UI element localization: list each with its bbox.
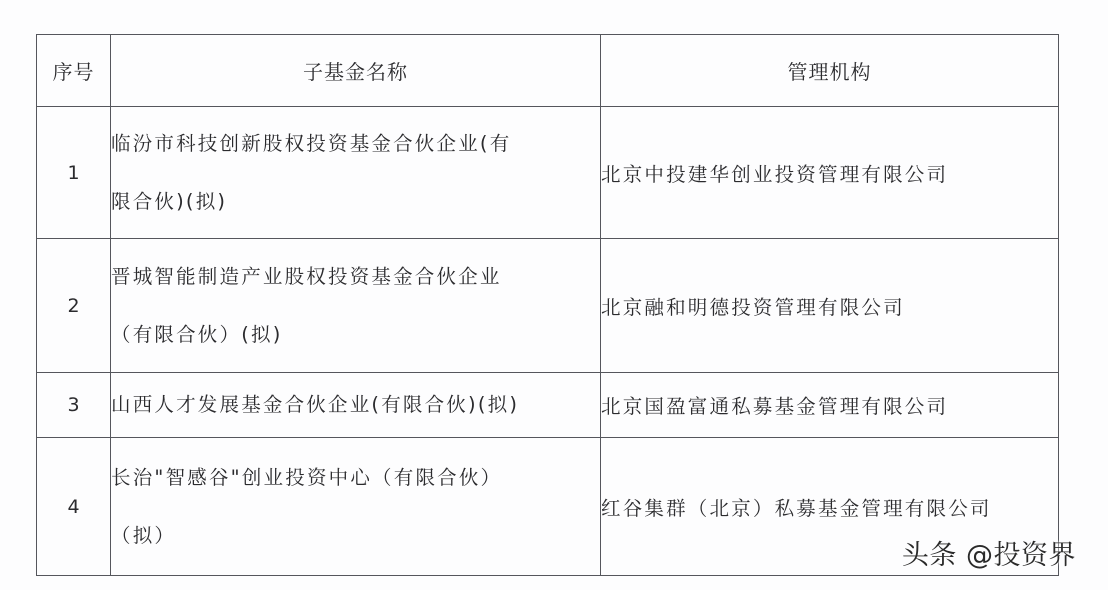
fund-name-cell: 长治"智感谷"创业投资中心（有限合伙） （拟） (111, 438, 601, 576)
fund-name-cell: 临汾市科技创新股权投资基金合伙企业(有 限合伙)(拟) (111, 107, 601, 239)
fund-name-cell: 山西人才发展基金合伙企业(有限合伙)(拟) (111, 373, 601, 438)
row-index: 2 (37, 239, 111, 373)
manager-cell: 北京中投建华创业投资管理有限公司 (601, 107, 1059, 239)
row-index: 3 (37, 373, 111, 438)
table-row: 2 晋城智能制造产业股权投资基金合伙企业 （有限合伙）(拟) 北京融和明德投资管… (37, 239, 1059, 373)
table-row: 3 山西人才发展基金合伙企业(有限合伙)(拟) 北京国盈富通私募基金管理有限公司 (37, 373, 1059, 438)
header-index: 序号 (37, 35, 111, 107)
fund-table: 序号 子基金名称 管理机构 1 临汾市科技创新股权投资基金合伙企业(有 限合伙)… (36, 34, 1059, 576)
row-index: 1 (37, 107, 111, 239)
fund-name-line: 临汾市科技创新股权投资基金合伙企业(有 (111, 115, 600, 173)
row-index: 4 (37, 438, 111, 576)
table-header-row: 序号 子基金名称 管理机构 (37, 35, 1059, 107)
manager-cell: 北京融和明德投资管理有限公司 (601, 239, 1059, 373)
fund-name-line: （拟） (111, 507, 600, 565)
header-manager: 管理机构 (601, 35, 1059, 107)
table-row: 1 临汾市科技创新股权投资基金合伙企业(有 限合伙)(拟) 北京中投建华创业投资… (37, 107, 1059, 239)
fund-name-line: （有限合伙）(拟) (111, 306, 600, 364)
fund-name-line: 限合伙)(拟) (111, 173, 600, 231)
manager-cell: 北京国盈富通私募基金管理有限公司 (601, 373, 1059, 438)
header-fund-name: 子基金名称 (111, 35, 601, 107)
fund-name-cell: 晋城智能制造产业股权投资基金合伙企业 （有限合伙）(拟) (111, 239, 601, 373)
fund-name-line: 晋城智能制造产业股权投资基金合伙企业 (111, 248, 600, 306)
fund-name-line: 长治"智感谷"创业投资中心（有限合伙） (111, 449, 600, 507)
fund-name-line: 山西人才发展基金合伙企业(有限合伙)(拟) (111, 374, 600, 436)
watermark-bottom: 头条 @投资界 (902, 533, 1076, 572)
